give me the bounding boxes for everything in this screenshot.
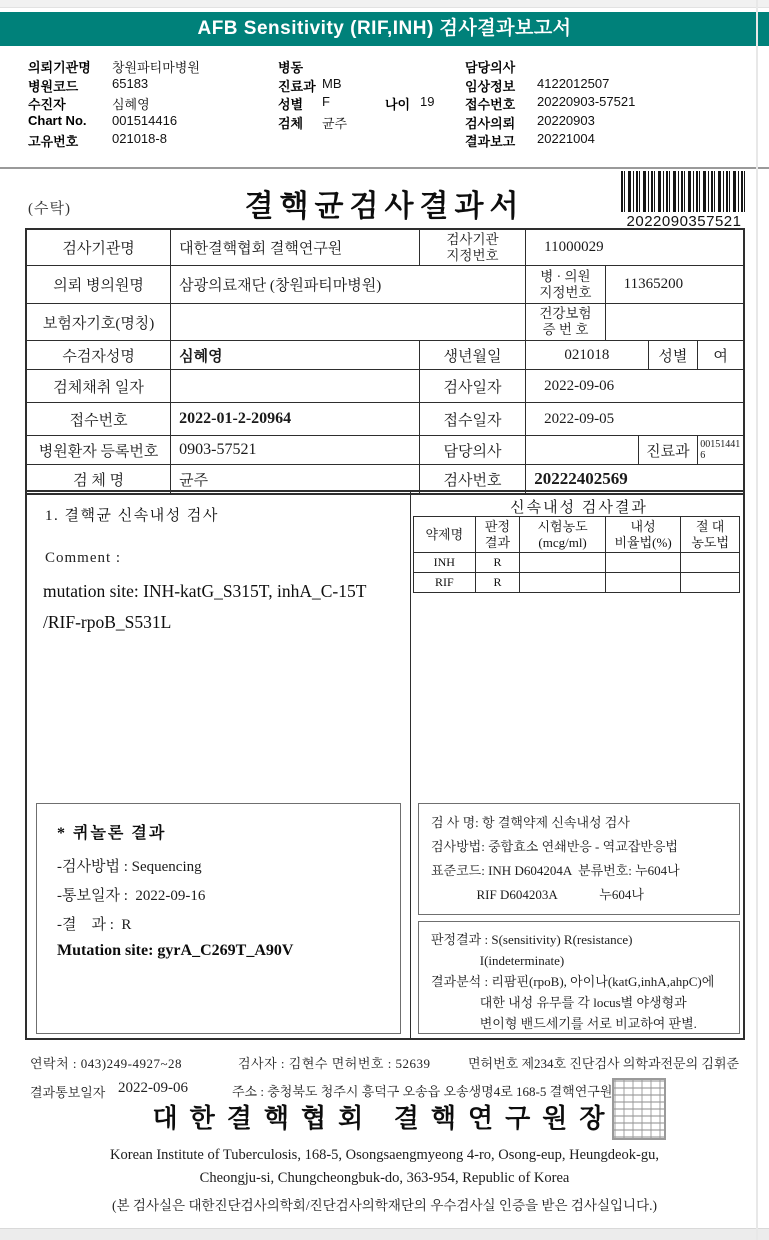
patient-field-value-left: 001514416 <box>112 113 177 128</box>
drug-table-header-row: 약제명판정 결과시험농도 (mcg/ml)내성 비율법(%)절 대 농도법 <box>414 517 739 553</box>
table-cell: 균주 <box>171 465 420 493</box>
table-cell: 검사번호 <box>420 465 526 493</box>
drug-table-cell: R <box>476 573 521 592</box>
barcode-bars <box>621 171 747 212</box>
patient-field-label-right: 결과보고 <box>465 131 515 150</box>
patient-field-label-mid: 성별 <box>278 94 303 113</box>
patient-field-label-right: 검사의뢰 <box>465 113 515 132</box>
result-interpretation-box: 판정결과 : S(sensitivity) R(resistance) I(in… <box>418 921 740 1034</box>
table-cell: 20222402569 <box>526 465 743 493</box>
table-cell: 검체채취 일자 <box>27 370 171 402</box>
drug-table-header-cell: 내성 비율법(%) <box>606 517 682 552</box>
institute-address-en-2: Cheongju-si, Chungcheongbuk-do, 363-954,… <box>0 1170 769 1187</box>
drug-table-cell: RIF <box>414 573 476 592</box>
table-cell: 021018 <box>526 341 648 369</box>
drug-table-cell <box>681 573 739 592</box>
quinolone-lines: -검사방법 : Sequencing-통보일자 : 2022-09-16-결 과… <box>37 853 400 940</box>
table-row: 보험자기호(명칭)건강보험 증 번 호 <box>27 304 743 341</box>
comment-label: Comment : <box>45 550 121 567</box>
table-cell: 성별 <box>649 341 699 369</box>
drug-table-header-cell: 판정 결과 <box>476 517 521 552</box>
drug-table-cell: R <box>476 553 521 572</box>
patient-field-value-left: 021018-8 <box>112 131 167 146</box>
interpretation-line: I(indeterminate) <box>431 950 739 971</box>
bottom-edge-strip <box>0 1228 769 1240</box>
footer-tester: 검사자 : 김현수 면허번호 : 52639 <box>238 1053 431 1072</box>
patient-field-label-mid: 검체 <box>278 113 303 132</box>
right-edge-strip <box>756 0 758 1240</box>
drug-table-header-cell: 절 대 농도법 <box>681 517 739 552</box>
official-seal-stamp <box>612 1078 666 1140</box>
drug-table-row: INHR <box>414 553 739 573</box>
drug-table-header-cell: 약제명 <box>414 517 476 552</box>
patient-field-label-left: 병원코드 <box>28 76 78 95</box>
patient-field-value-right: 4122012507 <box>537 76 609 91</box>
table-cell: 검 체 명 <box>27 465 171 493</box>
patient-field-label-right: 접수번호 <box>465 94 515 113</box>
quinolone-result-box: * 퀴놀론 결과 -검사방법 : Sequencing-통보일자 : 2022-… <box>36 803 401 1034</box>
method-line: 검사방법: 중합효소 연쇄반응 - 역교잡반응법 <box>431 835 739 859</box>
patient-field-label-left: 수진자 <box>28 94 66 113</box>
table-cell <box>526 436 638 464</box>
table-row: 검체채취 일자검사일자2022-09-06 <box>27 370 743 403</box>
patient-info-block: 의뢰기관명창원파티마병원병원코드65183수진자심혜영Chart No.0015… <box>0 52 769 157</box>
quinolone-line: -통보일자 : 2022-09-16 <box>57 882 400 911</box>
method-line: 검 사 명: 항 결핵약제 신속내성 검사 <box>431 811 739 835</box>
table-cell: 병 · 의원 지정번호 <box>526 266 606 303</box>
patient-field-value-left: 창원파티마병원 <box>112 57 200 76</box>
table-cell: 검사일자 <box>420 370 526 402</box>
patient-field-value-left: 심혜영 <box>112 94 150 113</box>
table-cell: 검사기관명 <box>27 230 171 265</box>
report-header-bar: AFB Sensitivity (RIF,INH) 검사결과보고서 <box>0 12 769 46</box>
table-cell: 심혜영 <box>171 341 420 369</box>
institute-address-en-1: Korean Institute of Tuberculosis, 168-5,… <box>0 1147 769 1164</box>
drug-table-row: RIFR <box>414 573 739 592</box>
top-edge-strip <box>0 0 769 8</box>
table-row: 수검자성명심혜영생년월일021018성별여 <box>27 341 743 370</box>
mutation-line-2: /RIF-rpoB_S531L <box>43 607 366 638</box>
footer-report-date: 2022-09-06 <box>118 1080 188 1097</box>
barcode: 2022090357521 <box>621 171 747 230</box>
patient-field-value-mid: 균주 <box>322 113 347 132</box>
patient-age-value: 19 <box>420 94 434 109</box>
table-cell: 2022-01-2-20964 <box>171 403 420 435</box>
mutation-line-1: mutation site: INH-katG_S315T, inhA_C-15… <box>43 576 366 607</box>
results-pane-divider <box>410 492 411 1038</box>
interpretation-line: 판정결과 : S(sensitivity) R(resistance) <box>431 929 739 950</box>
table-cell: 건강보험 증 번 호 <box>526 304 606 340</box>
interpretation-line: 결과분석 : 리팜핀(rpoB), 아이나(katG,inhA,ahpC)에 <box>431 971 739 992</box>
results-section: 1. 결핵균 신속내성 검사 Comment : mutation site: … <box>25 490 745 1040</box>
patient-field-label-mid: 병동 <box>278 57 303 76</box>
table-cell: 보험자기호(명칭) <box>27 304 171 340</box>
drug-table-title: 신속내성 검사결과 <box>411 496 747 517</box>
table-cell: 검사기관 지정번호 <box>420 230 526 265</box>
table-cell: 11000029 <box>526 230 743 265</box>
interpretation-line: 변이형 밴드세기를 서로 비교하여 판별. <box>431 1013 739 1034</box>
patient-field-value-right: 20221004 <box>537 131 595 146</box>
quinolone-line: -결 과 : R <box>57 911 400 940</box>
quinolone-mutation: Mutation site: gyrA_C269T_A90V <box>57 942 400 960</box>
interpretation-line: 대한 내성 유무를 각 locus별 야생형과 <box>431 992 739 1013</box>
drug-table-cell <box>681 553 739 572</box>
table-cell: 진료과 <box>639 436 699 464</box>
table-row: 병원환자 등록번호0903-57521담당의사진료과001514416 <box>27 436 743 465</box>
lab-certification-note: (본 검사실은 대한진단검사의학회/진단검사의학재단의 우수검사실 인증을 받은… <box>0 1194 769 1214</box>
drug-table-cell <box>520 573 605 592</box>
patient-field-value-mid: MB <box>322 76 342 91</box>
patient-field-label-mid: 진료과 <box>278 76 316 95</box>
drug-susceptibility-table: 약제명판정 결과시험농도 (mcg/ml)내성 비율법(%)절 대 농도법INH… <box>413 516 740 593</box>
patient-field-value-right: 20220903 <box>537 113 595 128</box>
patient-field-label-right: 담당의사 <box>465 57 515 76</box>
method-line: 표준코드: INH D604204A 분류번호: 누604나 <box>431 859 739 883</box>
table-cell: 삼광의료재단 (창원파티마병원) <box>171 266 526 303</box>
table-row: 접수번호2022-01-2-20964접수일자2022-09-05 <box>27 403 743 436</box>
drug-table-cell <box>606 573 682 592</box>
footer-license: 면허번호 제234호 진단검사 의학과전문의 김휘준 <box>468 1053 739 1072</box>
table-cell: 접수번호 <box>27 403 171 435</box>
drug-table-header-cell: 시험농도 (mcg/ml) <box>520 517 605 552</box>
patient-age-label: 나이 <box>385 94 410 113</box>
rapid-test-section-title: 1. 결핵균 신속내성 검사 <box>45 504 219 525</box>
patient-field-label-left: Chart No. <box>28 113 87 128</box>
patient-field-value-mid: F <box>322 94 330 109</box>
footer-contact: 연락처 : 043)249-4927~28 <box>30 1053 182 1072</box>
drug-table-cell <box>520 553 605 572</box>
table-cell: 의뢰 병의원명 <box>27 266 171 303</box>
table-cell <box>606 304 743 340</box>
drug-table-cell: INH <box>414 553 476 572</box>
table-row: 검사기관명대한결핵협회 결핵연구원검사기관 지정번호11000029 <box>27 230 743 266</box>
method-line: RIF D604203A 누604나 <box>431 883 739 907</box>
table-cell: 11365200 <box>606 266 743 303</box>
table-cell: 대한결핵협회 결핵연구원 <box>171 230 420 265</box>
table-cell: 0903-57521 <box>171 436 420 464</box>
patient-field-label-right: 임상정보 <box>465 76 515 95</box>
test-method-box: 검 사 명: 항 결핵약제 신속내성 검사검사방법: 중합효소 연쇄반응 - 역… <box>418 803 740 915</box>
table-cell: 001514416 <box>698 436 743 464</box>
lab-report-page: AFB Sensitivity (RIF,INH) 검사결과보고서 의뢰기관명창… <box>0 0 769 1240</box>
quinolone-title: * 퀴놀론 결과 <box>57 820 400 843</box>
table-cell: 수검자성명 <box>27 341 171 369</box>
patient-field-label-left: 의뢰기관명 <box>28 57 91 76</box>
patient-field-label-left: 고유번호 <box>28 131 78 150</box>
specimen-info-table: 검사기관명대한결핵협회 결핵연구원검사기관 지정번호11000029의뢰 병의원… <box>25 228 745 495</box>
table-row: 의뢰 병의원명삼광의료재단 (창원파티마병원)병 · 의원 지정번호113652… <box>27 266 743 304</box>
table-cell: 접수일자 <box>420 403 526 435</box>
patient-field-value-right: 20220903-57521 <box>537 94 635 109</box>
header-separator-line <box>0 167 769 169</box>
table-cell: 여 <box>698 341 743 369</box>
table-row: 검 체 명균주검사번호20222402569 <box>27 465 743 493</box>
patient-field-value-left: 65183 <box>112 76 148 91</box>
report-header-title: AFB Sensitivity (RIF,INH) 검사결과보고서 <box>0 12 769 46</box>
table-cell <box>171 370 420 402</box>
table-cell: 2022-09-06 <box>526 370 743 402</box>
mutation-site-text: mutation site: INH-katG_S315T, inhA_C-15… <box>43 576 366 638</box>
table-cell: 병원환자 등록번호 <box>27 436 171 464</box>
drug-table-cell <box>606 553 682 572</box>
table-cell: 담당의사 <box>420 436 526 464</box>
table-cell: 2022-09-05 <box>526 403 743 435</box>
quinolone-line: -검사방법 : Sequencing <box>57 853 400 882</box>
table-cell <box>171 304 526 340</box>
table-cell: 생년월일 <box>420 341 526 369</box>
